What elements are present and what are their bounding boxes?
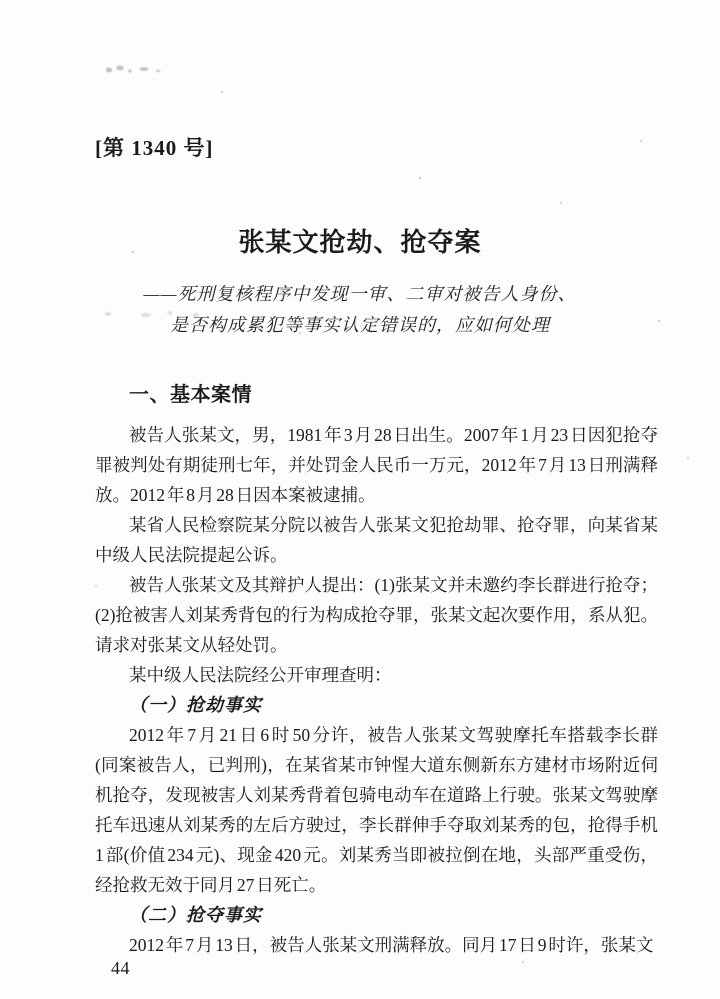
page-number: 44	[111, 958, 130, 979]
paragraph-prosecution: 某省人民检察院某分院以被告人张某文犯抢劫罪、抢夺罪，向某省某中级人民法院提起公诉…	[95, 510, 658, 570]
case-body: 一、基本案情 被告人张某文，男，1981 年 3 月 28 日出生。2007 年…	[95, 380, 658, 960]
case-subtitle-line-2: 是否构成累犯等事实认定错误的，应如何处理	[0, 310, 720, 341]
scanned-book-page: [第 1340 号] 张某文抢劫、抢夺案 ——死刑复核程序中发现一审、二审对被告…	[0, 0, 720, 999]
scan-smudge-artifact	[102, 62, 172, 78]
paragraph-court-finding-intro: 某中级人民法院经公开审理查明：	[95, 660, 658, 690]
section-heading-basic-facts: 一、基本案情	[95, 380, 658, 410]
case-title: 张某文抢劫、抢夺案	[0, 222, 720, 259]
subsection-heading-snatching-facts: （二）抢夺事实	[95, 900, 658, 930]
case-number-label: [第 1340 号]	[95, 132, 214, 162]
subsection-heading-robbery-facts: （一）抢劫事实	[95, 690, 658, 720]
paragraph-defendant-background: 被告人张某文，男，1981 年 3 月 28 日出生。2007 年 1 月 23…	[95, 420, 658, 510]
case-subtitle: ——死刑复核程序中发现一审、二审对被告人身份、 是否构成累犯等事实认定错误的，应…	[0, 279, 720, 341]
paragraph-snatching-facts: 2012 年 7 月 13 日，被告人张某文刑满释放。同月 17 日 9 时许，…	[95, 930, 658, 960]
paragraph-robbery-facts: 2012 年 7 月 21 日 6 时 50 分许，被告人张某文驾驶摩托车搭载李…	[95, 720, 658, 900]
case-subtitle-line-1: ——死刑复核程序中发现一审、二审对被告人身份、	[0, 279, 720, 310]
paragraph-defense-arguments: 被告人张某文及其辩护人提出：(1)张某文并未邀约李长群进行抢夺；(2)抢被害人刘…	[95, 570, 658, 660]
